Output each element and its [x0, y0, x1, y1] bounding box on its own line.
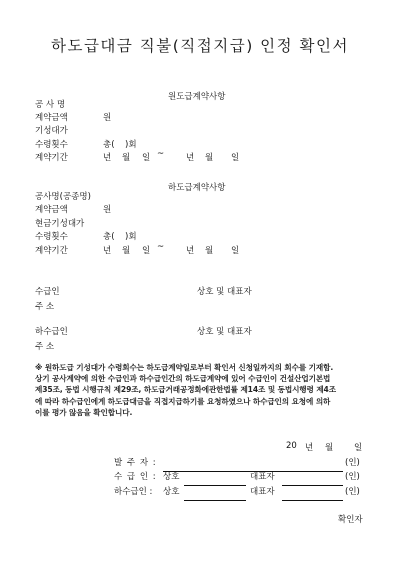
subcontractor-company-rep-label: 상호 및 대표자 — [197, 325, 252, 337]
contractor-company-rep-label: 상호 및 대표자 — [197, 285, 252, 297]
sub-receipt-count-close: )회 — [125, 230, 137, 242]
note-line: 상기 공사계약에 의한 수급인과 하수급인간의 하도급계약에 있어 수급인이 건… — [35, 373, 370, 384]
prime-receipt-count-close: )회 — [125, 138, 137, 150]
sub-contract-heading: 하도급계약사항 — [168, 181, 225, 193]
subcontractor-rep-line[interactable] — [282, 486, 343, 505]
prime-period-label: 계약기간 — [35, 151, 68, 163]
prime-period-start-year: 년 — [103, 151, 111, 163]
prime-project-name-label: 공 사 명 — [35, 98, 65, 110]
sub-period-start-month: 월 — [122, 244, 130, 256]
sub-period-start-day: 일 — [142, 244, 150, 256]
orderer-seal: (인) — [345, 456, 360, 468]
prime-period-tilde: ~ — [157, 149, 164, 159]
date-year-prefix: 20 — [286, 441, 297, 451]
note-line: 에 따라 하수급인에게 하도급대금을 직접지급하기를 요청하였으나 하수급인의 … — [35, 396, 370, 407]
prime-period-start-day: 일 — [142, 151, 150, 163]
contractor-label: 수급인 — [35, 285, 60, 297]
subcontractor-sign-label: 하수급인 : — [114, 485, 152, 497]
subcontractor-seal: (인) — [345, 485, 360, 497]
sub-period-end-day: 일 — [231, 244, 239, 256]
sub-receipt-count-label: 수령횟수 — [35, 230, 68, 242]
document-title: 하도급대금 직불(직접지급) 인정 확인서 — [0, 34, 400, 56]
sub-receipt-count-open: 총( — [103, 230, 115, 242]
prime-period-end-year: 년 — [186, 151, 194, 163]
contractor-rep-label: 대표자 — [250, 470, 275, 482]
subcontractor-label: 하수급인 — [35, 325, 68, 337]
sub-period-start-year: 년 — [103, 244, 111, 256]
contractor-seal: (인) — [345, 470, 360, 482]
prime-period-start-month: 월 — [122, 151, 130, 163]
subcontractor-company-label: 상호 — [163, 485, 179, 497]
sub-amount-unit: 원 — [103, 203, 111, 215]
confirmer-label: 확인자 — [338, 513, 363, 525]
sub-period-end-year: 년 — [186, 244, 194, 256]
date-year-label: 년 — [305, 441, 313, 453]
subcontractor-address-label: 주 소 — [35, 340, 54, 352]
confirmation-note: ※ 원하도급 기성대가 수령회수는 하도급계약일로부터 확인서 신청일까지의 회… — [35, 362, 370, 418]
contractor-company-label: 상호 — [163, 470, 179, 482]
subcontractor-company-line[interactable] — [184, 486, 246, 505]
prime-amount-unit: 원 — [103, 111, 111, 123]
contractor-address-label: 주 소 — [35, 300, 54, 312]
date-month-label: 월 — [325, 441, 333, 453]
sub-amount-label: 계약금액 — [35, 203, 68, 215]
prime-receipt-count-open: 총( — [103, 138, 115, 150]
sub-period-label: 계약기간 — [35, 244, 68, 256]
prime-contract-heading: 원도급계약사항 — [168, 90, 225, 102]
orderer-label: 발 주 자 : — [114, 456, 157, 468]
note-line: ※ 원하도급 기성대가 수령회수는 하도급계약일로부터 확인서 신청일까지의 회… — [35, 362, 370, 373]
sub-project-name-label: 공사명(공종명) — [35, 190, 91, 202]
sub-period-end-month: 월 — [205, 244, 213, 256]
prime-receipt-count-label: 수령횟수 — [35, 138, 68, 150]
note-line: 제35조, 동법 시행규칙 제29조, 하도급거래공정화에관한법률 제14조 및… — [35, 384, 370, 395]
prime-period-end-day: 일 — [231, 151, 239, 163]
date-day-label: 일 — [354, 441, 362, 453]
subcontractor-rep-label: 대표자 — [250, 485, 275, 497]
sub-cash-progress-label: 현금기성대가 — [35, 217, 84, 229]
note-line: 이를 평가 않음을 확인합니다. — [35, 407, 370, 418]
sub-period-tilde: ~ — [157, 242, 164, 252]
prime-amount-label: 계약금액 — [35, 111, 68, 123]
contractor-sign-label: 수 급 인 : — [114, 470, 157, 482]
prime-period-end-month: 월 — [205, 151, 213, 163]
prime-progress-payment-label: 기성대가 — [35, 124, 68, 136]
